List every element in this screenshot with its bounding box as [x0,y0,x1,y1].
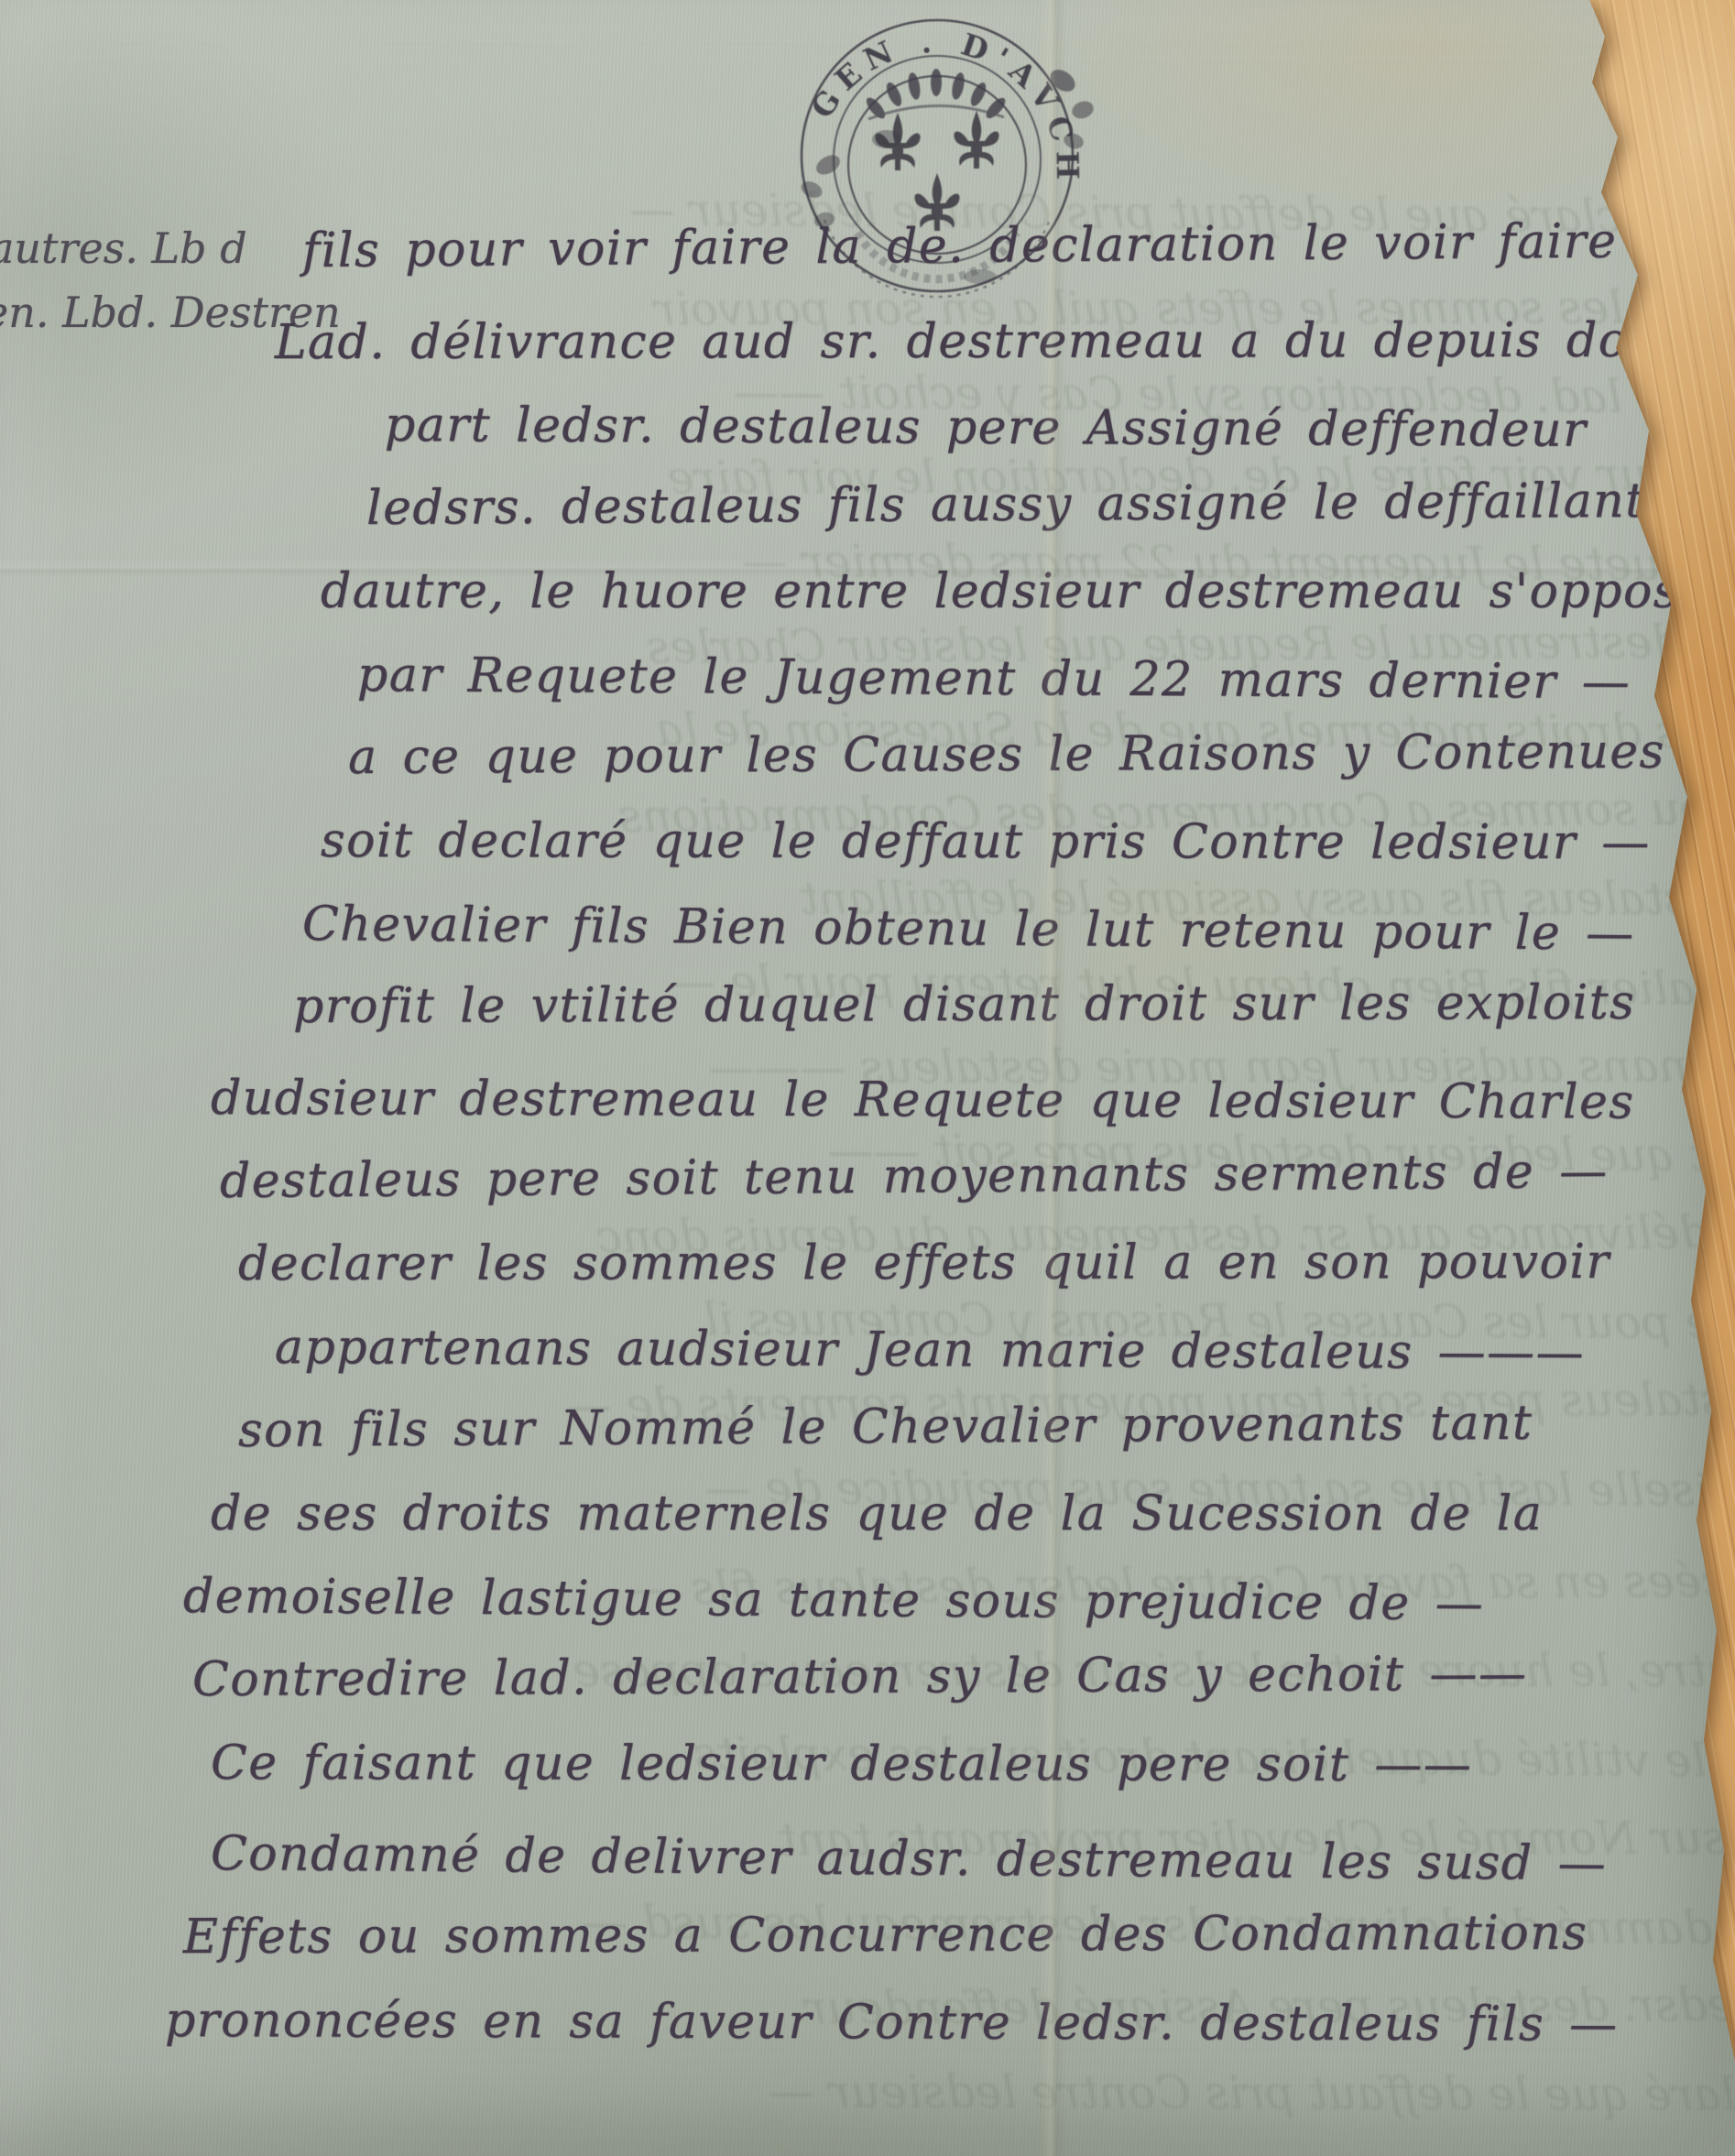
manuscript-line: de ses droits maternels que de la Sucess… [211,1490,1543,1538]
manuscript-line: part ledsr. destaleus pere Assigné deffe… [385,401,1588,454]
paper-wrap: soit declaré que le deffaut pris Contre … [0,0,1735,2156]
manuscript-line: Chevalier fils Bien obtenu le lut retenu… [302,900,1635,958]
manuscript-line: profit le vtilité duquel disant droit su… [293,979,1635,1030]
manuscript-line: prononcées en sa faveur Contre ledsr. de… [165,1997,1619,2049]
manuscript-line: destaleus pere soit tenu moyennants serm… [220,1148,1609,1205]
manuscript-line: ledsrs. destaleus fils aussy assigné le … [366,477,1646,532]
manuscript-line: Ce faisant que ledsieur destaleus pere s… [211,1739,1472,1789]
manuscript-line: fils pour voir faire la de. declaration … [302,218,1618,275]
manuscript-line: dautre, le huore entre ledsieur destreme… [321,568,1708,615]
manuscript-line: son fils sur Nommé le Chevalier provenan… [238,1399,1533,1454]
manuscript-line: dudsieur destremeau le Requete que ledsi… [211,1074,1635,1127]
manuscript-line: Contredire lad. declaration sy le Cas y … [192,1650,1528,1704]
manuscript-line: Lad. délivrance aud sr. destremeau a du … [275,317,1688,366]
manuscript-page: soit declaré que le deffaut pris Contre … [0,0,1735,2156]
manuscript-line: par Requete le Jugement du 22 mars derni… [357,651,1631,706]
manuscript-line: a ce que pour les Causes le Raisons y Co… [348,727,1723,781]
manuscript-line: declarer les sommes le effets quil a en … [238,1238,1610,1288]
manuscript-line: Condamné de delivrer audsr. destremeau l… [211,1830,1607,1888]
marginal-fragment: en. Lbd. Destren [0,291,341,333]
photo: soit declaré que le deffaut pris Contre … [0,0,1735,2156]
manuscript-line: demoiselle lastigue sa tante sous prejud… [183,1573,1485,1628]
manuscript-line: Effets ou sommes a Concurrence des Conda… [183,1910,1588,1961]
marginal-fragment: autres. Lb d [0,227,247,269]
manuscript-line: appartenans audsieur Jean marie destaleu… [275,1323,1585,1377]
manuscript-line: soit declaré que le deffaut pris Contre … [321,817,1651,866]
